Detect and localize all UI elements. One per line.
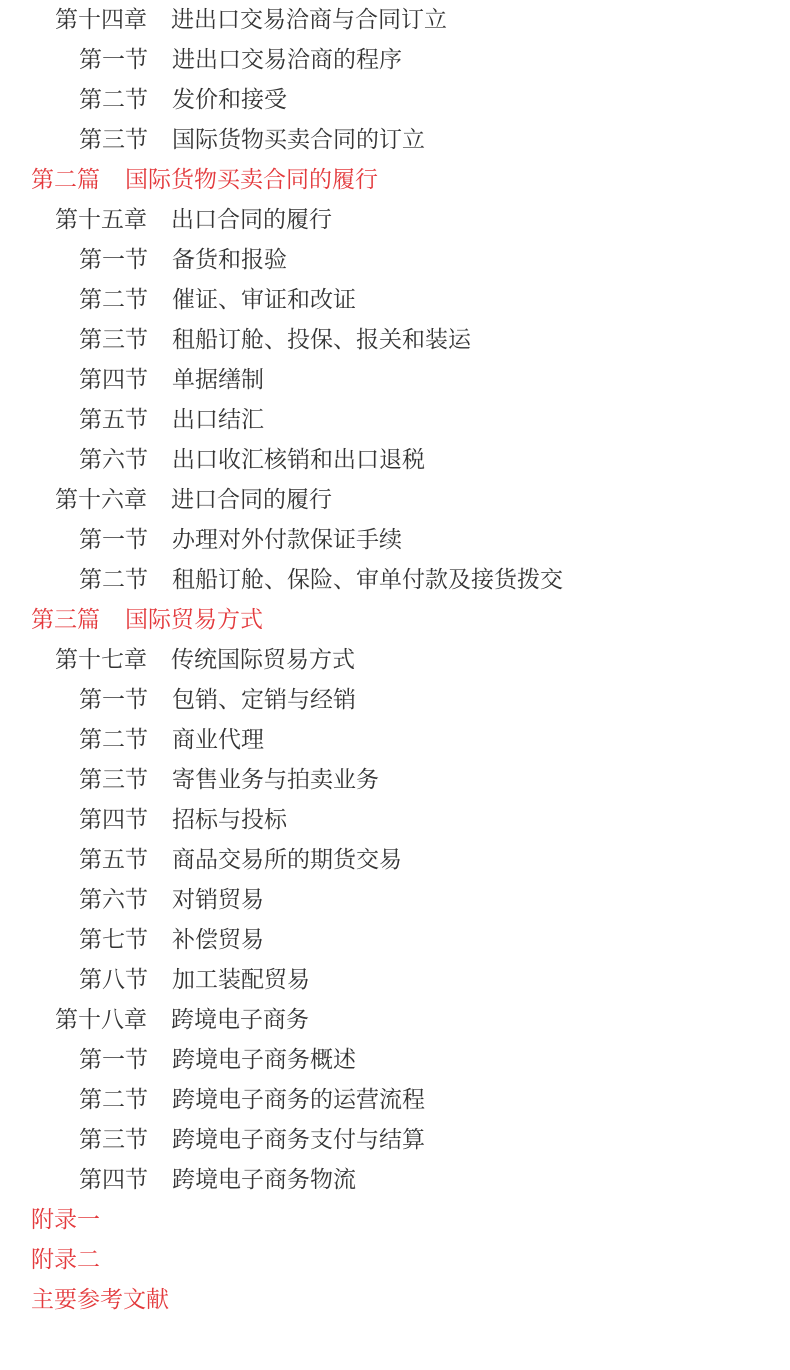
toc-entry-number: 第七节 bbox=[79, 920, 148, 960]
toc-entry-title: 国际货物买卖合同的履行 bbox=[125, 160, 378, 200]
toc-section-link[interactable]: 第二节催证、审证和改证 bbox=[0, 280, 790, 320]
toc-chapter-link[interactable]: 第十八章跨境电子商务 bbox=[0, 1000, 790, 1040]
toc-entry-title: 补偿贸易 bbox=[172, 920, 264, 960]
toc-entry-number: 第一节 bbox=[79, 680, 148, 720]
toc-section-link[interactable]: 第五节出口结汇 bbox=[0, 400, 790, 440]
toc-section-link[interactable]: 第三节国际货物买卖合同的订立 bbox=[0, 120, 790, 160]
toc-entry-title: 商品交易所的期货交易 bbox=[172, 840, 402, 880]
toc-section-link[interactable]: 第七节补偿贸易 bbox=[0, 920, 790, 960]
toc-entry-number: 第十八章 bbox=[55, 1000, 147, 1040]
toc-entry-number: 第三篇 bbox=[31, 600, 100, 640]
toc-section-link[interactable]: 第三节租船订舱、投保、报关和装运 bbox=[0, 320, 790, 360]
toc-section-link[interactable]: 第一节包销、定销与经销 bbox=[0, 680, 790, 720]
toc-entry-number: 第二节 bbox=[79, 720, 148, 760]
toc-entry-number: 第三节 bbox=[79, 1120, 148, 1160]
toc-entry-number: 第二节 bbox=[79, 1080, 148, 1120]
toc-entry-number: 第四节 bbox=[79, 1160, 148, 1200]
toc-section-link[interactable]: 第二节租船订舱、保险、审单付款及接货拨交 bbox=[0, 560, 790, 600]
toc-section-link[interactable]: 第八节加工装配贸易 bbox=[0, 960, 790, 1000]
toc-entry-title: 跨境电子商务物流 bbox=[172, 1160, 356, 1200]
toc-section-link[interactable]: 第二节商业代理 bbox=[0, 720, 790, 760]
toc-section-link[interactable]: 第四节单据缮制 bbox=[0, 360, 790, 400]
toc-entry-title: 进出口交易洽商与合同订立 bbox=[171, 0, 447, 40]
toc-entry-title: 进出口交易洽商的程序 bbox=[172, 40, 402, 80]
toc-entry-title: 发价和接受 bbox=[172, 80, 287, 120]
toc-entry-title: 跨境电子商务的运营流程 bbox=[172, 1080, 425, 1120]
toc-section-link[interactable]: 第六节对销贸易 bbox=[0, 880, 790, 920]
toc-section-link[interactable]: 第三节跨境电子商务支付与结算 bbox=[0, 1120, 790, 1160]
toc-entry-title: 出口结汇 bbox=[172, 400, 264, 440]
toc-entry-number: 第二篇 bbox=[31, 160, 100, 200]
toc-entry-number: 第一节 bbox=[79, 240, 148, 280]
toc-chapter-link[interactable]: 第十四章进出口交易洽商与合同订立 bbox=[0, 0, 790, 40]
toc-section-link[interactable]: 第一节备货和报验 bbox=[0, 240, 790, 280]
toc-section-link[interactable]: 第一节进出口交易洽商的程序 bbox=[0, 40, 790, 80]
toc-entry-title: 寄售业务与拍卖业务 bbox=[172, 760, 379, 800]
toc-entry-number: 第三节 bbox=[79, 320, 148, 360]
toc-section-link[interactable]: 第三节寄售业务与拍卖业务 bbox=[0, 760, 790, 800]
toc-entry-title: 国际货物买卖合同的订立 bbox=[172, 120, 425, 160]
toc-entry-title: 跨境电子商务 bbox=[171, 1000, 309, 1040]
toc-entry-number: 第二节 bbox=[79, 560, 148, 600]
toc-chapter-link[interactable]: 第十五章出口合同的履行 bbox=[0, 200, 790, 240]
toc-entry-number: 附录一 bbox=[31, 1200, 100, 1240]
toc-entry-title: 出口合同的履行 bbox=[171, 200, 332, 240]
toc-entry-title: 加工装配贸易 bbox=[172, 960, 310, 1000]
toc-entry-number: 第二节 bbox=[79, 80, 148, 120]
toc-entry-title: 租船订舱、投保、报关和装运 bbox=[172, 320, 471, 360]
toc-entry-title: 跨境电子商务支付与结算 bbox=[172, 1120, 425, 1160]
toc-entry-number: 第四节 bbox=[79, 800, 148, 840]
toc-entry-title: 出口收汇核销和出口退税 bbox=[172, 440, 425, 480]
toc-part-link[interactable]: 第二篇国际货物买卖合同的履行 bbox=[0, 160, 790, 200]
toc-part-link[interactable]: 附录一 bbox=[0, 1200, 790, 1240]
toc-part-link[interactable]: 第三篇国际贸易方式 bbox=[0, 600, 790, 640]
toc-section-link[interactable]: 第二节发价和接受 bbox=[0, 80, 790, 120]
toc-section-link[interactable]: 第二节跨境电子商务的运营流程 bbox=[0, 1080, 790, 1120]
toc-entry-number: 第三节 bbox=[79, 120, 148, 160]
toc-entry-number: 第六节 bbox=[79, 440, 148, 480]
toc-chapter-link[interactable]: 第十六章进口合同的履行 bbox=[0, 480, 790, 520]
toc-entry-number: 第十七章 bbox=[55, 640, 147, 680]
toc-entry-title: 传统国际贸易方式 bbox=[171, 640, 355, 680]
toc-entry-number: 第一节 bbox=[79, 1040, 148, 1080]
toc-entry-title: 国际贸易方式 bbox=[125, 600, 263, 640]
toc-entry-number: 第四节 bbox=[79, 360, 148, 400]
toc-entry-title: 催证、审证和改证 bbox=[172, 280, 356, 320]
toc-part-link[interactable]: 主要参考文献 bbox=[0, 1280, 790, 1320]
toc-entry-number: 主要参考文献 bbox=[31, 1280, 169, 1320]
toc-entry-number: 第五节 bbox=[79, 400, 148, 440]
toc-section-link[interactable]: 第一节办理对外付款保证手续 bbox=[0, 520, 790, 560]
toc-section-link[interactable]: 第一节跨境电子商务概述 bbox=[0, 1040, 790, 1080]
table-of-contents: 第十四章进出口交易洽商与合同订立第一节进出口交易洽商的程序第二节发价和接受第三节… bbox=[0, 0, 790, 1320]
toc-section-link[interactable]: 第六节出口收汇核销和出口退税 bbox=[0, 440, 790, 480]
toc-entry-number: 第一节 bbox=[79, 520, 148, 560]
toc-entry-title: 包销、定销与经销 bbox=[172, 680, 356, 720]
toc-entry-title: 对销贸易 bbox=[172, 880, 264, 920]
toc-entry-number: 第六节 bbox=[79, 880, 148, 920]
toc-entry-number: 第十六章 bbox=[55, 480, 147, 520]
toc-entry-title: 单据缮制 bbox=[172, 360, 264, 400]
toc-entry-number: 第八节 bbox=[79, 960, 148, 1000]
toc-entry-number: 第十四章 bbox=[55, 0, 147, 40]
toc-entry-number: 第一节 bbox=[79, 40, 148, 80]
toc-entry-title: 商业代理 bbox=[172, 720, 264, 760]
toc-entry-title: 招标与投标 bbox=[172, 800, 287, 840]
toc-entry-number: 第五节 bbox=[79, 840, 148, 880]
toc-section-link[interactable]: 第四节跨境电子商务物流 bbox=[0, 1160, 790, 1200]
toc-section-link[interactable]: 第四节招标与投标 bbox=[0, 800, 790, 840]
toc-entry-title: 办理对外付款保证手续 bbox=[172, 520, 402, 560]
toc-entry-title: 进口合同的履行 bbox=[171, 480, 332, 520]
toc-chapter-link[interactable]: 第十七章传统国际贸易方式 bbox=[0, 640, 790, 680]
toc-entry-title: 备货和报验 bbox=[172, 240, 287, 280]
toc-entry-title: 跨境电子商务概述 bbox=[172, 1040, 356, 1080]
toc-entry-title: 租船订舱、保险、审单付款及接货拨交 bbox=[172, 560, 563, 600]
toc-part-link[interactable]: 附录二 bbox=[0, 1240, 790, 1280]
toc-entry-number: 第十五章 bbox=[55, 200, 147, 240]
toc-entry-number: 第二节 bbox=[79, 280, 148, 320]
toc-section-link[interactable]: 第五节商品交易所的期货交易 bbox=[0, 840, 790, 880]
toc-entry-number: 第三节 bbox=[79, 760, 148, 800]
toc-entry-number: 附录二 bbox=[31, 1240, 100, 1280]
